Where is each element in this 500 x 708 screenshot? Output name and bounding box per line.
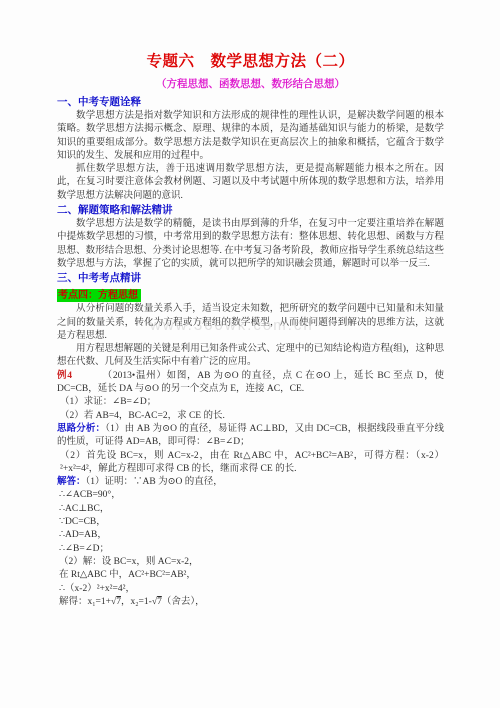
solve-prefix: 解得：x₁=1+√: [59, 597, 116, 607]
answer-line-2: ∴∠ACB=90°，: [57, 489, 444, 502]
paragraph-topic-definition: 从分析问题的数量关系入手，适当设定未知数，把所研究的数学问题中已知量和未知量之间…: [57, 303, 444, 343]
paragraph-interpretation-2: 抓住数学思想方法，善于迅速调用数学思想方法，更是提高解题能力根本之所在。因此，在…: [57, 163, 444, 203]
solve-middle: ，x₂=1-√: [121, 597, 157, 607]
doc-title: 专题六 数学思想方法（二）: [57, 52, 444, 72]
doc-subtitle: （方程思想、函数思想、数形结合思想）: [57, 78, 444, 92]
analysis-paragraph-2: （2）首先设 BC=x，则 AC=x-2，由在 Rt△ABC 中，AC²+BC²…: [57, 450, 444, 477]
answer-line-8: 在 Rt△ABC 中，AC²+BC²=AB²，: [57, 569, 444, 582]
example-label: 例4: [57, 371, 72, 381]
analysis-label: 思路分析：: [57, 424, 105, 434]
example-paragraph: 例4（2013•温州）如图，AB 为⊙O 的直径，点 C 在⊙O 上，延长 BC…: [57, 370, 444, 397]
topic-highlight-row: 考点四：方程思想: [57, 287, 444, 303]
answer-line-7: （2）解：设 BC=x，则 AC=x-2，: [57, 556, 444, 569]
paragraph-interpretation-1: 数学思想方法是指对数学知识和方法形成的规律性的理性认识，是解决数学问题的根本策略…: [57, 110, 444, 163]
answer-paragraph: 解答：（1）证明：∵AB 为⊙O 的直径，: [57, 476, 444, 489]
answer-line-6: ∴∠B=∠D；: [57, 543, 444, 556]
paragraph-topic-key: 用方程思想解题的关键是利用已知条件或公式、定理中的已知结论构造方程(组)，这种思…: [57, 343, 444, 370]
answer-line-9: ∴（x-2）²+x²=4²，: [57, 583, 444, 596]
section-heading-3: 三、中考考点精讲: [57, 272, 444, 286]
answer-label: 解答：: [57, 477, 86, 487]
answer-line-1: （1）证明：∵AB 为⊙O 的直径，: [86, 477, 223, 487]
document-page: www.360wk.com.cn 专题六 数学思想方法（二） （方程思想、函数思…: [0, 0, 500, 708]
example-question-1: （1）求证：∠B=∠D；: [57, 396, 444, 409]
analysis-paragraph-1: 思路分析：（1）由 AB 为⊙O 的直径，易证得 AC⊥BD，又由 DC=CB，…: [57, 423, 444, 450]
example-statement: （2013•温州）如图，AB 为⊙O 的直径，点 C 在⊙O 上，延长 BC 至…: [57, 371, 444, 394]
paragraph-strategy: 数学思想方法是数学的精髓，是读书由厚到薄的升华，在复习中一定要注重培养在解题中提…: [57, 218, 444, 271]
topic-highlight-equation-thought: 考点四：方程思想: [57, 289, 141, 302]
section-heading-1: 一、中考专题诠释: [57, 96, 444, 110]
example-question-2: （2）若 AB=4，BC-AC=2，求 CE 的长.: [57, 410, 444, 423]
answer-line-4: ∵DC=CB，: [57, 516, 444, 529]
answer-line-3: ∴AC⊥BC，: [57, 503, 444, 516]
answer-solution-line: 解得：x₁=1+√7，x₂=1-√7（舍去），: [57, 596, 444, 609]
section-heading-2: 二、解题策略和解法精讲: [57, 204, 444, 218]
analysis-part-1: （1）由 AB 为⊙O 的直径，易证得 AC⊥BD，又由 DC=CB，根据线段垂…: [57, 424, 444, 447]
answer-line-5: ∴AD=AB，: [57, 529, 444, 542]
solve-suffix: （舍去），: [162, 597, 205, 607]
